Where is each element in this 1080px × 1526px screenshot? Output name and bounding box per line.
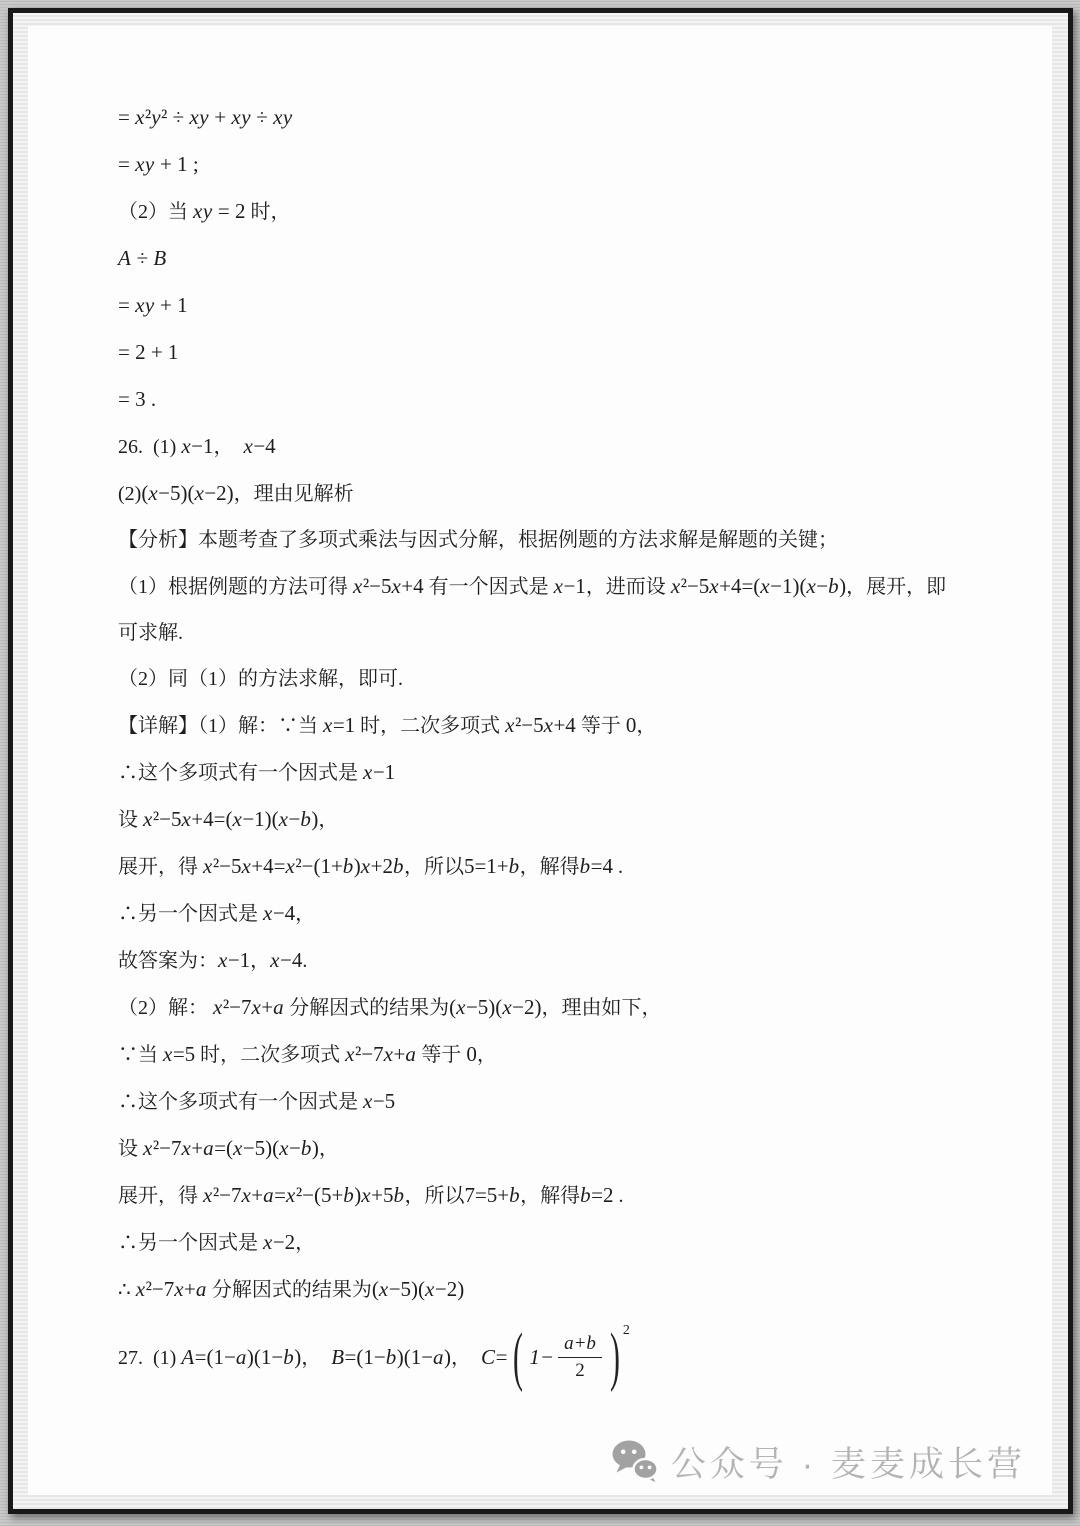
- document-line: (2)(x−5)(x−2)，理由见解析: [118, 480, 1026, 507]
- document-line: 26. (1) x−1， x−4: [118, 433, 1026, 460]
- document-line: = xy + 1: [118, 292, 1026, 319]
- text-segment: 【分析】本题考查了多项式乘法与因式分解，根据例题的方法求解是解题的关键；: [118, 529, 838, 551]
- text-segment: ∴: [118, 1279, 136, 1301]
- math-segment: 7=5+b: [464, 1183, 520, 1207]
- text-segment: .: [613, 856, 623, 878]
- document-line: ∴ x²−7x+a 分解因式的结果为(x−5)(x−2): [118, 1276, 1026, 1303]
- text-segment: （2）当: [118, 201, 193, 223]
- document-line: ∴这个多项式有一个因式是 x−1: [118, 759, 1026, 786]
- document-line: = xy + 1 ;: [118, 151, 1026, 178]
- math-segment: x−4: [244, 434, 276, 458]
- document-line: A ÷ B: [118, 245, 1026, 272]
- math-segment: = xy + 1 ;: [118, 152, 199, 176]
- math-segment: (x−5)(x−2): [449, 995, 541, 1019]
- wechat-icon: [611, 1438, 659, 1486]
- text-segment: .: [614, 1185, 624, 1207]
- text-segment: ，: [250, 950, 270, 972]
- text-segment: ，: [319, 1138, 339, 1160]
- document-line: （1）根据例题的方法可得 x²−5x+4 有一个因式是 x−1，进而设 x²−5…: [118, 573, 1026, 600]
- document-line: ∴这个多项式有一个因式是 x−5: [118, 1088, 1026, 1115]
- text-segment: 等于: [576, 715, 626, 737]
- text-segment: 【详解】（1）解：∵当: [118, 715, 323, 737]
- math-segment: x²−5x+4=x²−(1+b)x+2b: [203, 854, 404, 878]
- document-line: 【详解】（1）解：∵当 x=1 时，二次多项式 x²−5x+4 等于 0，: [118, 712, 1026, 739]
- photo-frame: = x²y² ÷ xy + xy ÷ xy= xy + 1 ;（2）当 xy =…: [8, 8, 1073, 1514]
- document-line: ∵当 x=5 时，二次多项式 x²−7x+a 等于 0，: [118, 1041, 1026, 1068]
- document-line: 【分析】本题考查了多项式乘法与因式分解，根据例题的方法求解是解题的关键；: [118, 527, 1026, 553]
- text-segment: ，进而设: [586, 576, 671, 598]
- text-segment: ∴另一个因式是: [118, 1232, 263, 1254]
- math-segment: B=(1−b)(1−a): [331, 1345, 451, 1369]
- text-segment: 设: [118, 1138, 143, 1160]
- text-segment: ，理由见解析: [234, 483, 354, 505]
- math-segment: x−1: [554, 574, 586, 598]
- text-segment: ，: [318, 809, 338, 831]
- text-segment: ，解得: [520, 1185, 580, 1207]
- math-segment: b=2: [580, 1183, 613, 1207]
- text-segment: ，所以: [404, 856, 464, 878]
- watermark-text: 公众号 · 麦麦成长营: [671, 1437, 1026, 1487]
- text-segment: ∴另一个因式是: [118, 903, 263, 925]
- math-segment: = x²y² ÷ xy + xy ÷ xy: [118, 105, 293, 129]
- math-segment: A=(1−a)(1−b): [181, 1345, 301, 1369]
- document-line: 展开，得 x²−7x+a=x²−(5+b)x+5b，所以7=5+b，解得b=2 …: [118, 1182, 1026, 1209]
- document-line: ∴另一个因式是 x−4，: [118, 900, 1026, 927]
- math-segment: 0: [466, 1042, 477, 1066]
- math-segment: x−1: [363, 760, 395, 784]
- text-segment: 26. (1): [118, 436, 181, 458]
- math-segment: 0: [626, 713, 637, 737]
- text-segment: 展开，得: [118, 1185, 203, 1207]
- watermark: 公众号 · 麦麦成长营: [611, 1437, 1026, 1487]
- text-segment: 时，: [246, 201, 291, 223]
- math-segment: x−4: [270, 948, 302, 972]
- math-segment: x=1: [323, 713, 355, 737]
- math-segment: A ÷ B: [118, 246, 167, 270]
- text-segment: ，: [214, 436, 244, 458]
- document-line: ∴另一个因式是 x−2，: [118, 1229, 1026, 1256]
- text-segment: ，: [301, 1347, 331, 1369]
- math-segment: xy = 2: [193, 199, 246, 223]
- document-line: 设 x²−5x+4=(x−1)(x−b)，: [118, 806, 1026, 833]
- text-segment: 等于: [416, 1044, 466, 1066]
- math-segment: (x−5)(x−2): [372, 1277, 464, 1301]
- text-segment: .: [302, 950, 307, 972]
- math-segment: 5=1+b: [464, 854, 520, 878]
- text-segment: (2): [118, 483, 141, 505]
- text-segment: 27. (1): [118, 1347, 181, 1369]
- math-segment: = xy + 1: [118, 293, 188, 317]
- text-segment: ，: [295, 1232, 315, 1254]
- text-segment: ，: [295, 903, 315, 925]
- document-line: （2）解： x²−7x+a 分解因式的结果为(x−5)(x−2)，理由如下，: [118, 994, 1026, 1021]
- document-line: 设 x²−7x+a=(x−5)(x−b)，: [118, 1135, 1026, 1162]
- math-segment: x²−5x+4: [353, 574, 424, 598]
- text-segment: ，: [636, 715, 656, 737]
- math-segment: x²−7x+a: [345, 1042, 416, 1066]
- text-segment: 故答案为：: [118, 950, 218, 972]
- document-line: = 2 + 1: [118, 339, 1026, 366]
- text-segment: 时，二次多项式: [355, 715, 505, 737]
- text-segment: ∴这个多项式有一个因式是: [118, 762, 363, 784]
- text-segment: ，展开，即: [846, 576, 946, 598]
- math-segment: = 2 + 1: [118, 340, 178, 364]
- text-segment: （1）根据例题的方法可得: [118, 576, 353, 598]
- math-segment: x−5: [363, 1089, 395, 1113]
- document-line: （2）同（1）的方法求解，即可.: [118, 666, 1026, 692]
- math-segment: x−2: [263, 1230, 295, 1254]
- text-segment: ∵当: [118, 1044, 163, 1066]
- math-segment: = 3 .: [118, 387, 156, 411]
- text-segment: （2）同（1）的方法求解，即可.: [118, 668, 403, 690]
- document-page: = x²y² ÷ xy + xy ÷ xy= xy + 1 ;（2）当 xy =…: [28, 26, 1052, 1495]
- text-segment: ∴这个多项式有一个因式是: [118, 1091, 363, 1113]
- math-segment: x−4: [263, 901, 295, 925]
- text-segment: 分解因式的结果为: [207, 1279, 372, 1301]
- document-body: = x²y² ÷ xy + xy ÷ xy= xy + 1 ;（2）当 xy =…: [118, 104, 1026, 1406]
- text-segment: 时，二次多项式: [195, 1044, 345, 1066]
- text-segment: ，所以: [404, 1185, 464, 1207]
- document-line: 可求解.: [118, 620, 1026, 646]
- document-line: = 3 .: [118, 386, 1026, 413]
- math-segment: x²−7x+a=x²−(5+b)x+5b: [203, 1183, 404, 1207]
- document-line: （2）当 xy = 2 时，: [118, 198, 1026, 225]
- math-segment: x=5: [163, 1042, 195, 1066]
- text-segment: ，: [451, 1347, 481, 1369]
- text-segment: 有一个因式是: [424, 576, 554, 598]
- text-segment: 分解因式的结果为: [284, 997, 449, 1019]
- math-segment: C=: [481, 1345, 507, 1369]
- photo-background: { "colors": { "text": "#1e1e1e", "page_b…: [0, 0, 1080, 1526]
- math-segment: x²−5x+4=(x−1)(x−b): [671, 574, 846, 598]
- text-segment: 可求解.: [118, 622, 183, 644]
- text-segment: 展开，得: [118, 856, 203, 878]
- text-segment: ，: [477, 1044, 497, 1066]
- math-fraction: (1−a+b2)2: [507, 1331, 629, 1384]
- text-segment: ，理由如下，: [541, 997, 661, 1019]
- document-line: 27. (1) A=(1−a)(1−b)， B=(1−b)(1−a)， C=(1…: [118, 1333, 1026, 1386]
- math-segment: x²−5x+4=(x−1)(x−b): [143, 807, 318, 831]
- math-segment: x²−7x+a: [136, 1277, 207, 1301]
- text-segment: 设: [118, 809, 143, 831]
- document-line: = x²y² ÷ xy + xy ÷ xy: [118, 104, 1026, 131]
- document-line: 故答案为：x−1，x−4.: [118, 947, 1026, 974]
- text-segment: ，解得: [520, 856, 580, 878]
- math-segment: x−1: [218, 948, 250, 972]
- math-segment: x²−7x+a=(x−5)(x−b): [143, 1136, 319, 1160]
- math-segment: x²−5x+4: [505, 713, 576, 737]
- document-line: 展开，得 x²−5x+4=x²−(1+b)x+2b，所以5=1+b，解得b=4 …: [118, 853, 1026, 880]
- text-segment: （2）解：: [118, 997, 213, 1019]
- math-segment: b=4: [580, 854, 613, 878]
- math-segment: (x−5)(x−2): [141, 481, 233, 505]
- math-segment: x−1: [181, 434, 213, 458]
- math-segment: x²−7x+a: [213, 995, 284, 1019]
